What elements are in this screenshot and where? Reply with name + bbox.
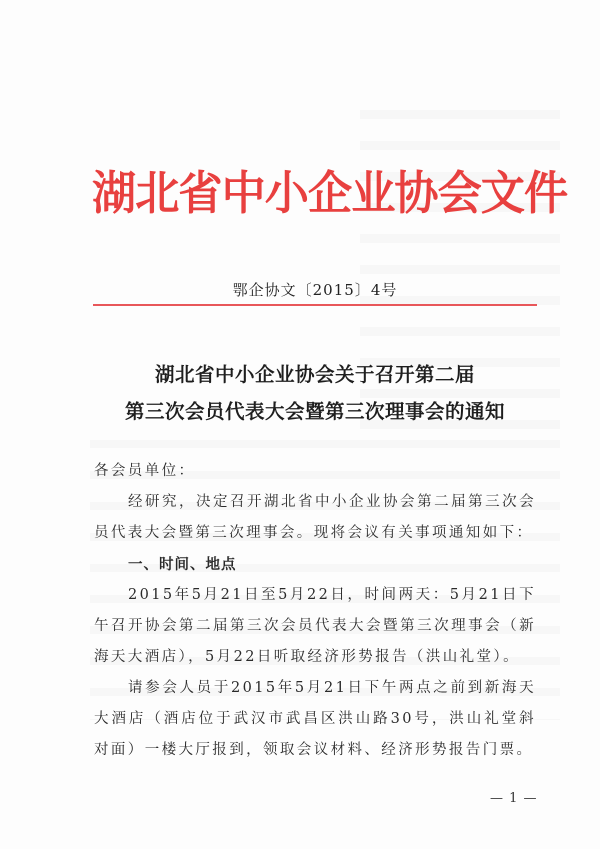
schedule-paragraph: 2015年5月21日至5月22日，时间两天：5月21日下午召开协会第二届第三次会…	[94, 580, 536, 673]
salutation: 各会员单位：	[94, 456, 536, 487]
intro-paragraph: 经研究，决定召开湖北省中小企业协会第二届第三次会员代表大会暨第三次理事会。现将会…	[94, 487, 536, 549]
section-heading-time-place: 一、时间、地点	[94, 549, 536, 580]
title-line-1: 湖北省中小企业协会关于召开第二届	[93, 356, 537, 393]
page-number: — 1 —	[490, 791, 538, 806]
red-divider-rule	[93, 304, 537, 306]
document-body: 各会员单位： 经研究，决定召开湖北省中小企业协会第二届第三次会员代表大会暨第三次…	[94, 456, 536, 766]
registration-paragraph: 请参会人员于2015年5月21日下午两点之前到新海天大酒店（酒店位于武汉市武昌区…	[94, 673, 536, 766]
document-number: 鄂企协文〔2015〕4号	[93, 279, 537, 300]
document-title: 湖北省中小企业协会关于召开第二届 第三次会员代表大会暨第三次理事会的通知	[93, 356, 537, 430]
title-line-2: 第三次会员代表大会暨第三次理事会的通知	[93, 393, 537, 430]
document-page: 湖北省中小企业协会文件 鄂企协文〔2015〕4号 湖北省中小企业协会关于召开第二…	[0, 0, 600, 849]
document-masthead: 湖北省中小企业协会文件	[92, 160, 519, 226]
